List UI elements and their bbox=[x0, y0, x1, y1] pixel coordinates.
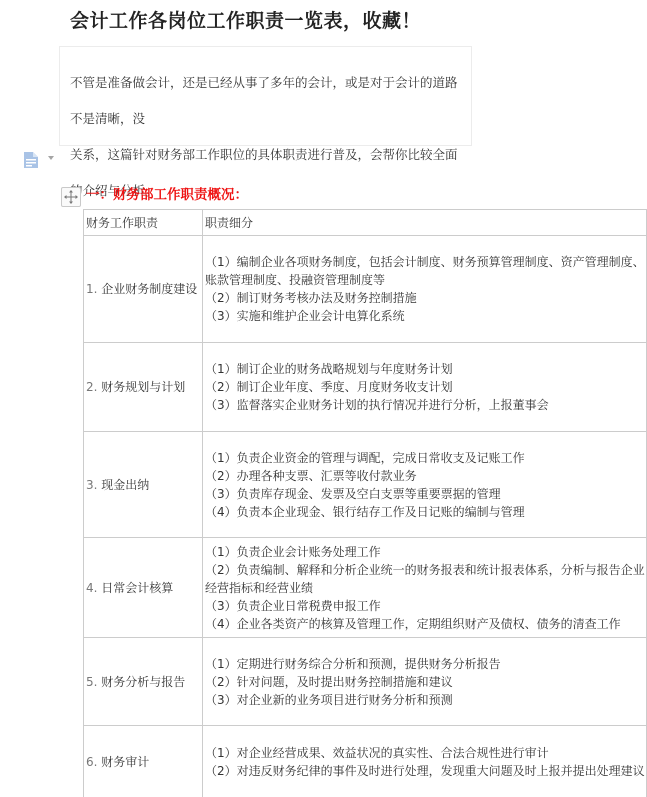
table-header-row: 财务工作职责 职责细分 bbox=[84, 210, 647, 236]
details-cell: （1）负责企业资金的管理与调配，完成日常收支及记账工作 （2）办理各种支票、汇票… bbox=[203, 432, 647, 538]
role-cell: 6. 财务审计 bbox=[84, 726, 203, 797]
duties-table: 财务工作职责 职责细分 1. 企业财务制度建设 （1）编制企业各项财务制度，包括… bbox=[83, 209, 647, 797]
details-cell: （1）定期进行财务综合分析和预测，提供财务分析报告 （2）针对问题，及时提出财务… bbox=[203, 638, 647, 726]
table-row: 6. 财务审计 （1）对企业经营成果、效益状况的真实性、合法合规性进行审计 （2… bbox=[84, 726, 647, 797]
role-cell: 2. 财务规划与计划 bbox=[84, 343, 203, 432]
table-row: 2. 财务规划与计划 （1）制订企业的财务战略规划与年度财务计划 （2）制订企业… bbox=[84, 343, 647, 432]
role-cell: 1. 企业财务制度建设 bbox=[84, 236, 203, 343]
role-cell: 4. 日常会计核算 bbox=[84, 538, 203, 638]
table-row: 5. 财务分析与报告 （1）定期进行财务综合分析和预测，提供财务分析报告 （2）… bbox=[84, 638, 647, 726]
chevron-down-icon[interactable] bbox=[48, 156, 54, 160]
intro-box: 不管是准备做会计，还是已经从事了多年的会计，或是对于会计的道路不是清晰，没 关系… bbox=[59, 46, 472, 146]
table-move-handle[interactable] bbox=[61, 187, 81, 207]
intro-line-1: 不管是准备做会计，还是已经从事了多年的会计，或是对于会计的道路不是清晰，没 bbox=[70, 65, 461, 137]
document-icon[interactable] bbox=[24, 152, 38, 168]
section-heading: 一：财务部工作职责概况： bbox=[86, 183, 248, 203]
table-row: 1. 企业财务制度建设 （1）编制企业各项财务制度，包括会计制度、财务预算管理制… bbox=[84, 236, 647, 343]
table-row: 3. 现金出纳 （1）负责企业资金的管理与调配，完成日常收支及记账工作 （2）办… bbox=[84, 432, 647, 538]
header-details: 职责细分 bbox=[203, 210, 647, 236]
role-cell: 5. 财务分析与报告 bbox=[84, 638, 203, 726]
details-cell: （1）制订企业的财务战略规划与年度财务计划 （2）制订企业年度、季度、月度财务收… bbox=[203, 343, 647, 432]
table-row: 4. 日常会计核算 （1）负责企业会计账务处理工作 （2）负责编制、解释和分析企… bbox=[84, 538, 647, 638]
details-cell: （1）负责企业会计账务处理工作 （2）负责编制、解释和分析企业统一的财务报表和统… bbox=[203, 538, 647, 638]
details-cell: （1）编制企业各项财务制度，包括会计制度、财务预算管理制度、资产管理制度、账款管… bbox=[203, 236, 647, 343]
header-role: 财务工作职责 bbox=[84, 210, 203, 236]
details-cell: （1）对企业经营成果、效益状况的真实性、合法合规性进行审计 （2）对违反财务纪律… bbox=[203, 726, 647, 797]
move-icon bbox=[64, 190, 78, 204]
page-title: 会计工作各岗位工作职责一览表，收藏！ bbox=[70, 6, 421, 33]
role-cell: 3. 现金出纳 bbox=[84, 432, 203, 538]
